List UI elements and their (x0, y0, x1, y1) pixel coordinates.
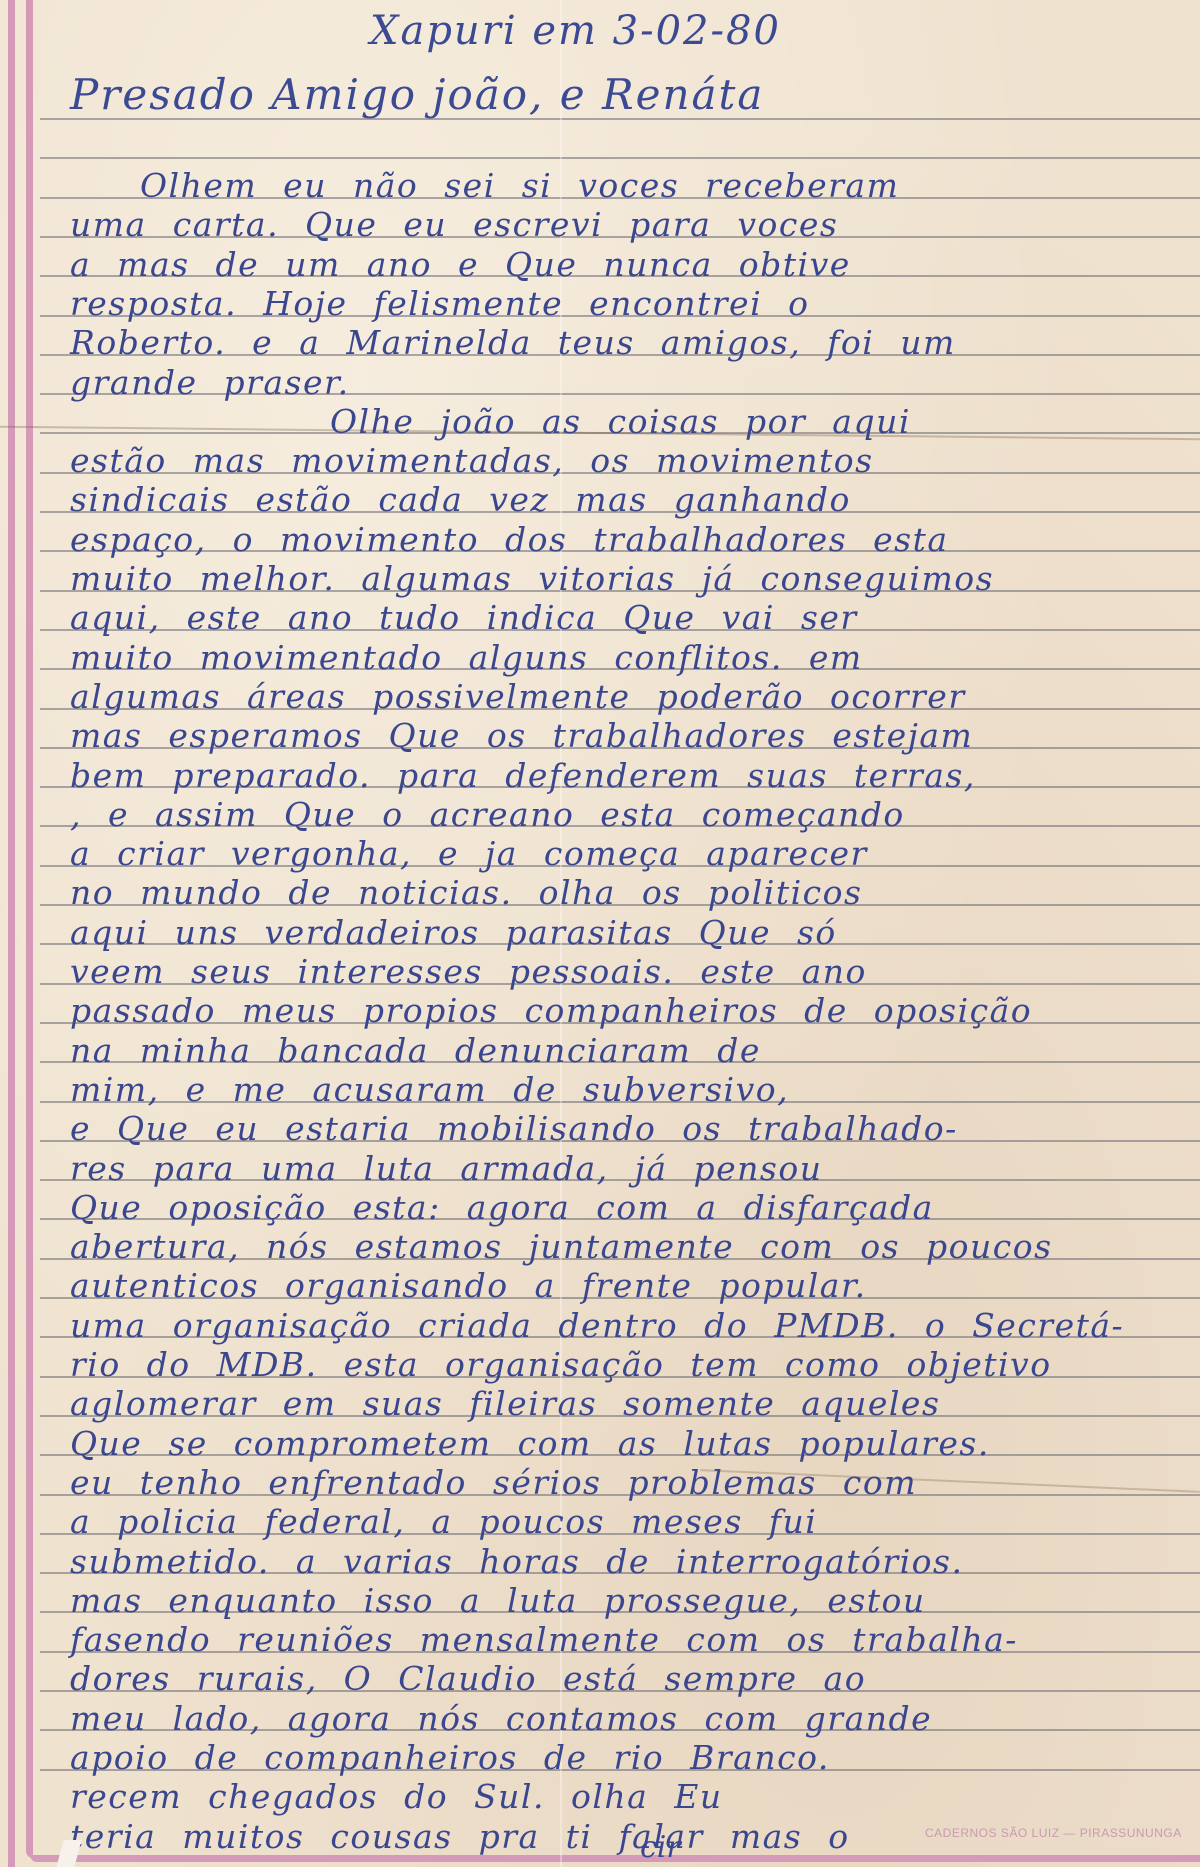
letter-line: eu tenho enfrentado sérios problemas com (70, 1463, 1180, 1502)
letter-line: resposta. Hoje felismente encontrei o (70, 284, 1180, 323)
letter-line: Que se comprometem com as lutas populare… (70, 1424, 1180, 1463)
salutation: Presado Amigo joão, e Renáta (70, 70, 764, 119)
letter-line: veem seus interesses pessoais. este ano (70, 952, 1180, 991)
letter-line: a policia federal, a poucos meses fui (70, 1502, 1180, 1541)
continuation-text: cir (640, 1830, 681, 1865)
letter-line: , e assim Que o acreano esta começando (70, 795, 1180, 834)
letter-line: abertura, nós estamos juntamente com os … (70, 1227, 1180, 1266)
letter-line: Olhe joão as coisas por aqui (330, 402, 1180, 441)
letter-line: algumas áreas possivelmente poderão ocor… (70, 677, 1180, 716)
letter-line: grande praser. (70, 363, 1180, 402)
pink-bottom-border (30, 1855, 1200, 1862)
letter-line: estão mas movimentadas, os movimentos (70, 441, 1180, 480)
letter-line: apoio de companheiros de rio Branco. (70, 1738, 1180, 1777)
letter-line: aqui, este ano tudo indica Que vai ser (70, 598, 1180, 637)
letter-line: dores rurais, O Claudio está sempre ao (70, 1659, 1180, 1698)
letter-line: a criar vergonha, e ja começa aparecer (70, 834, 1180, 873)
letter-line: autenticos organisando a frente popular. (70, 1266, 1180, 1305)
letter-line: muito melhor. algumas vitorias já conseg… (70, 559, 1180, 598)
letter-line: a mas de um ano e Que nunca obtive (70, 245, 1180, 284)
letter-line: uma organisação criada dentro do PMDB. o… (70, 1306, 1180, 1345)
letter-line: aglomerar em suas fileiras somente aquel… (70, 1384, 1180, 1423)
letter-line: aqui uns verdadeiros parasitas Que só (70, 913, 1180, 952)
paper-tear (56, 1840, 81, 1867)
letter-line: Roberto. e a Marinelda teus amigos, foi … (70, 323, 1180, 362)
letter-line: mim, e me acusaram de subversivo, (70, 1070, 1180, 1109)
letter-line: mas enquanto isso a luta prossegue, esto… (70, 1581, 1180, 1620)
letter-line: Que oposição esta: agora com a disfarçad… (70, 1188, 1180, 1227)
pink-margin-line-outer (8, 0, 15, 1867)
letter-line: meu lado, agora nós contamos com grande (70, 1699, 1180, 1738)
letter-line: mas esperamos Que os trabalhadores estej… (70, 716, 1180, 755)
letter-line: res para uma luta armada, já pensou (70, 1149, 1180, 1188)
letter-line: passado meus propios companheiros de opo… (70, 991, 1180, 1030)
letter-line: espaço, o movimento dos trabalhadores es… (70, 520, 1180, 559)
letter-line: fasendo reuniões mensalmente com os trab… (70, 1620, 1180, 1659)
letter-line: sindicais estão cada vez mas ganhando (70, 480, 1180, 519)
letter-line: no mundo de noticias. olha os politicos (70, 873, 1180, 912)
letter-line: rio do MDB. esta organisação tem como ob… (70, 1345, 1180, 1384)
letter-line: muito movimentado alguns conflitos. em (70, 638, 1180, 677)
notebook-brand-stamp: CADERNOS SÃO LUIZ — PIRASSUNUNGA (925, 1826, 1182, 1840)
place-date: Xapuri em 3-02-80 (370, 8, 781, 54)
pink-margin-line-inner (26, 0, 33, 1858)
letter-line: bem preparado. para defenderem suas terr… (70, 756, 1180, 795)
letter-line: recem chegados do Sul. olha Eu (70, 1777, 1180, 1816)
ruled-line (40, 157, 1200, 159)
letter-line: Olhem eu não sei si voces receberam (140, 166, 1180, 205)
letter-line: uma carta. Que eu escrevi para voces (70, 205, 1180, 244)
letter-line: submetido. a varias horas de interrogató… (70, 1542, 1180, 1581)
letter-page: Xapuri em 3-02-80 Presado Amigo joão, e … (0, 0, 1200, 1867)
letter-line: e Que eu estaria mobilisando os trabalha… (70, 1109, 1180, 1148)
letter-line: na minha bancada denunciaram de (70, 1031, 1180, 1070)
